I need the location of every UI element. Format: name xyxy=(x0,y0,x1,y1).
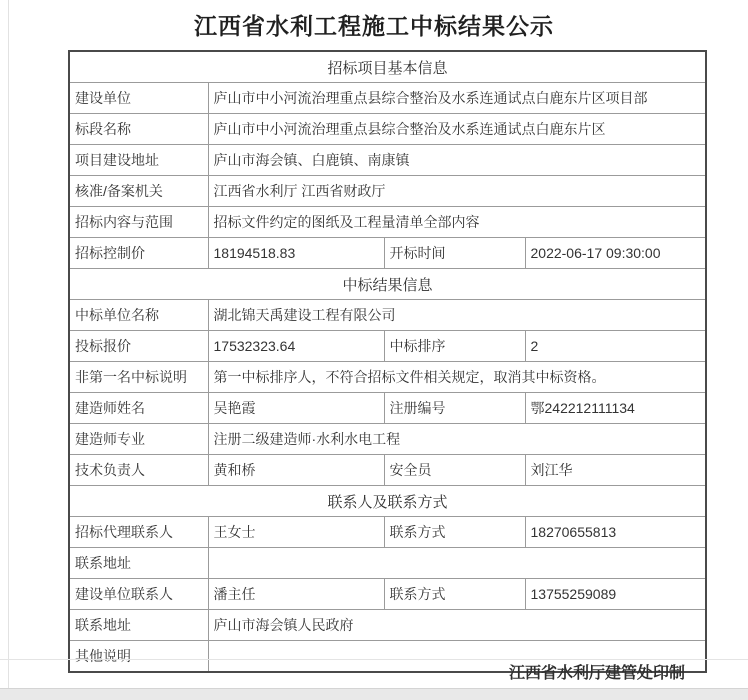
field-value: 第一中标排序人，不符合招标文件相关规定，取消其中标资格。 xyxy=(208,362,706,393)
field-label: 投标报价 xyxy=(69,331,208,362)
bid-result-table: 招标项目基本信息建设单位庐山市中小河流治理重点县综合整治及水系连通试点白鹿东片区… xyxy=(68,50,707,673)
field-value: 湖北锦天禹建设工程有限公司 xyxy=(208,300,706,331)
field-value: 2 xyxy=(525,331,706,362)
left-border-line xyxy=(8,0,9,688)
field-value: 江西省水利厅 江西省财政厅 xyxy=(208,176,706,207)
field-label: 标段名称 xyxy=(69,114,208,145)
field-value: 招标文件约定的图纸及工程量清单全部内容 xyxy=(208,207,706,238)
field-value: 17532323.64 xyxy=(208,331,384,362)
field-label: 招标内容与范围 xyxy=(69,207,208,238)
table-row: 建设单位联系人潘主任联系方式13755259089 xyxy=(69,579,706,610)
table-row: 中标结果信息 xyxy=(69,269,706,300)
table-row: 建造师姓名吴艳霞注册编号鄂242212111134 xyxy=(69,393,706,424)
table-row: 中标单位名称湖北锦天禹建设工程有限公司 xyxy=(69,300,706,331)
table-row: 建设单位庐山市中小河流治理重点县综合整治及水系连通试点白鹿东片区项目部 xyxy=(69,83,706,114)
table-row: 招标项目基本信息 xyxy=(69,51,706,83)
field-value: 王女士 xyxy=(208,517,384,548)
page-title: 江西省水利工程施工中标结果公示 xyxy=(0,8,748,41)
field-value: 吴艳霞 xyxy=(208,393,384,424)
table-row: 投标报价17532323.64中标排序2 xyxy=(69,331,706,362)
field-label: 技术负责人 xyxy=(69,455,208,486)
table-row: 招标内容与范围招标文件约定的图纸及工程量清单全部内容 xyxy=(69,207,706,238)
field-label: 安全员 xyxy=(384,455,525,486)
field-value: 鄂242212111134 xyxy=(525,393,706,424)
table-row: 标段名称庐山市中小河流治理重点县综合整治及水系连通试点白鹿东片区 xyxy=(69,114,706,145)
section-header: 招标项目基本信息 xyxy=(69,51,706,83)
field-value: 黄和桥 xyxy=(208,455,384,486)
table-row: 核准/备案机关江西省水利厅 江西省财政厅 xyxy=(69,176,706,207)
field-label: 非第一名中标说明 xyxy=(69,362,208,393)
table-row: 非第一名中标说明第一中标排序人，不符合招标文件相关规定，取消其中标资格。 xyxy=(69,362,706,393)
field-value: 13755259089 xyxy=(525,579,706,610)
field-label: 联系方式 xyxy=(384,579,525,610)
field-label: 建设单位联系人 xyxy=(69,579,208,610)
field-label: 建造师姓名 xyxy=(69,393,208,424)
field-value: 注册二级建造师·水利水电工程 xyxy=(208,424,706,455)
field-value: 庐山市中小河流治理重点县综合整治及水系连通试点白鹿东片区 xyxy=(208,114,706,145)
table-row: 建造师专业注册二级建造师·水利水电工程 xyxy=(69,424,706,455)
field-label: 中标单位名称 xyxy=(69,300,208,331)
field-label: 建设单位 xyxy=(69,83,208,114)
table-row: 招标代理联系人王女士联系方式18270655813 xyxy=(69,517,706,548)
bid-table-body: 招标项目基本信息建设单位庐山市中小河流治理重点县综合整治及水系连通试点白鹿东片区… xyxy=(69,51,706,672)
table-row: 技术负责人黄和桥安全员刘江华 xyxy=(69,455,706,486)
field-label: 招标控制价 xyxy=(69,238,208,269)
field-value: 庐山市海会镇、白鹿镇、南康镇 xyxy=(208,145,706,176)
field-value: 18270655813 xyxy=(525,517,706,548)
table-row: 联系地址庐山市海会镇人民政府 xyxy=(69,610,706,641)
footer-note: 江西省水利厅建管处印制 xyxy=(0,660,685,683)
section-header: 中标结果信息 xyxy=(69,269,706,300)
field-label: 核准/备案机关 xyxy=(69,176,208,207)
table-row: 项目建设地址庐山市海会镇、白鹿镇、南康镇 xyxy=(69,145,706,176)
field-label: 建造师专业 xyxy=(69,424,208,455)
field-label: 开标时间 xyxy=(384,238,525,269)
field-value: 庐山市中小河流治理重点县综合整治及水系连通试点白鹿东片区项目部 xyxy=(208,83,706,114)
field-label: 中标排序 xyxy=(384,331,525,362)
table-row: 招标控制价18194518.83开标时间2022-06-17 09:30:00 xyxy=(69,238,706,269)
field-value: 庐山市海会镇人民政府 xyxy=(208,610,706,641)
field-value: 2022-06-17 09:30:00 xyxy=(525,238,706,269)
field-value: 刘江华 xyxy=(525,455,706,486)
field-label: 注册编号 xyxy=(384,393,525,424)
bottom-bar xyxy=(0,688,748,700)
field-value: 潘主任 xyxy=(208,579,384,610)
table-row: 联系人及联系方式 xyxy=(69,486,706,517)
field-label: 项目建设地址 xyxy=(69,145,208,176)
field-label: 联系地址 xyxy=(69,610,208,641)
field-label: 联系地址 xyxy=(69,548,208,579)
field-label: 招标代理联系人 xyxy=(69,517,208,548)
field-value xyxy=(208,548,706,579)
table-row: 联系地址 xyxy=(69,548,706,579)
field-value: 18194518.83 xyxy=(208,238,384,269)
section-header: 联系人及联系方式 xyxy=(69,486,706,517)
field-label: 联系方式 xyxy=(384,517,525,548)
